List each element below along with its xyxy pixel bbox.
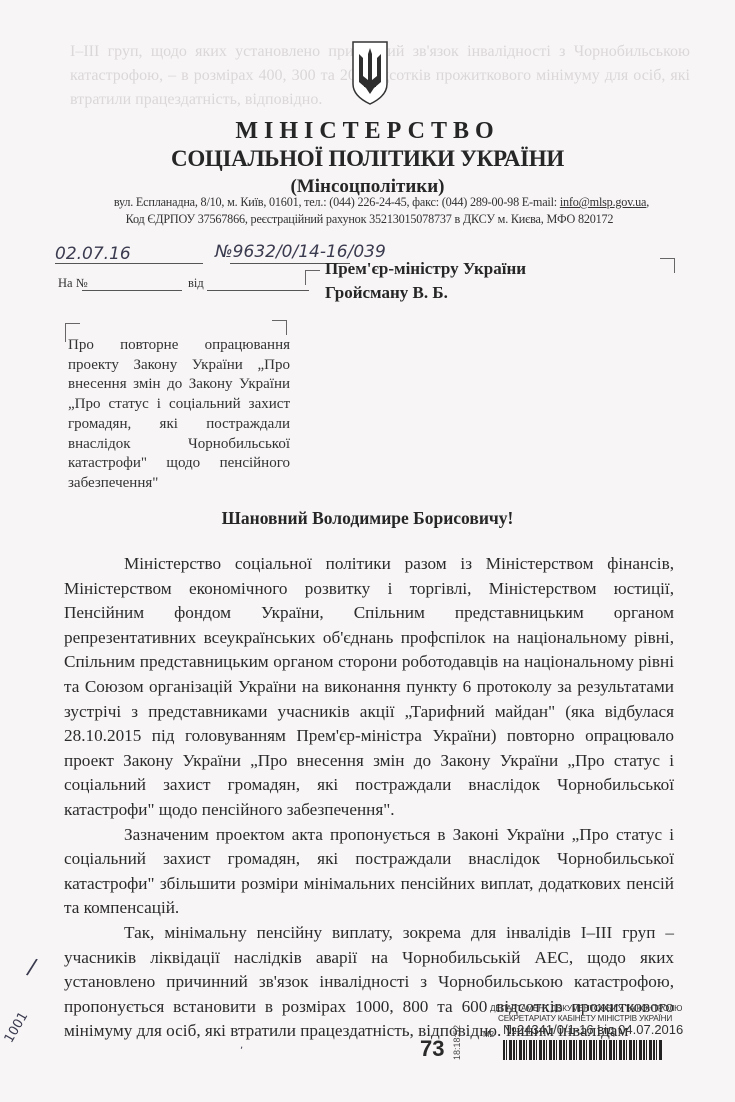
body-paragraph: Міністерство соціальної політики разом і… bbox=[64, 552, 674, 823]
address-text: вул. Еспланадна, 8/10, м. Київ, 01601, т… bbox=[114, 195, 560, 209]
margin-note: 1001 bbox=[2, 1009, 32, 1045]
coat-of-arms-icon bbox=[350, 40, 390, 106]
salutation: Шановний Володимире Борисовичу! bbox=[0, 508, 735, 529]
barcode bbox=[503, 1040, 663, 1060]
time-stamp: 18:18:52 bbox=[452, 1025, 462, 1060]
letter-body: Міністерство соціальної політики разом і… bbox=[64, 552, 674, 1044]
addressee: Прем'єр-міністру України Гройсману В. Б. bbox=[325, 257, 526, 305]
addressee-title: Прем'єр-міністру України bbox=[325, 257, 526, 281]
subject-bracket-right bbox=[272, 320, 287, 335]
reply-to-field bbox=[82, 290, 182, 291]
address-suffix: , bbox=[646, 195, 649, 209]
addressee-name: Гройсману В. Б. bbox=[325, 281, 526, 305]
stamp-prefix: М2 bbox=[483, 1030, 494, 1039]
registration-number: №24341/0/1-16 від 04.07.2016 bbox=[503, 1022, 683, 1037]
date-underline bbox=[55, 263, 203, 264]
page-number: 73 bbox=[420, 1036, 444, 1062]
address-line: вул. Еспланадна, 8/10, м. Київ, 01601, т… bbox=[14, 195, 735, 210]
from-label: від bbox=[188, 276, 204, 291]
from-field bbox=[207, 290, 309, 291]
outgoing-date: 02.07.16 bbox=[55, 244, 131, 264]
margin-stroke-mark: / bbox=[25, 954, 39, 980]
stamp-department: ДЕПАРТАМЕНТ ДОКУМЕНТООБІГУ ТА КОНТРОЛЮ bbox=[490, 1004, 682, 1013]
addressee-bracket-right bbox=[660, 258, 675, 273]
subject: Про повторне опрацювання проекту Закону … bbox=[68, 336, 290, 494]
addressee-bracket-left bbox=[305, 270, 320, 285]
email-link[interactable]: info@mlsp.gov.ua bbox=[560, 195, 646, 209]
body-paragraph: Зазначеним проектом акта пропонується в … bbox=[64, 823, 674, 921]
ministry-title: МІНІСТЕРСТВО bbox=[0, 118, 735, 145]
pen-dot: , bbox=[240, 1040, 243, 1051]
letter-page: I–III груп, щодо яких установлено причин… bbox=[0, 0, 735, 1102]
ministry-title-line2: СОЦІАЛЬНОЇ ПОЛІТИКИ УКРАЇНИ bbox=[0, 146, 735, 172]
reply-to-label: На № bbox=[58, 276, 88, 291]
registry-line: Код ЄДРПОУ 37567866, реєстраційний рахун… bbox=[2, 212, 735, 227]
